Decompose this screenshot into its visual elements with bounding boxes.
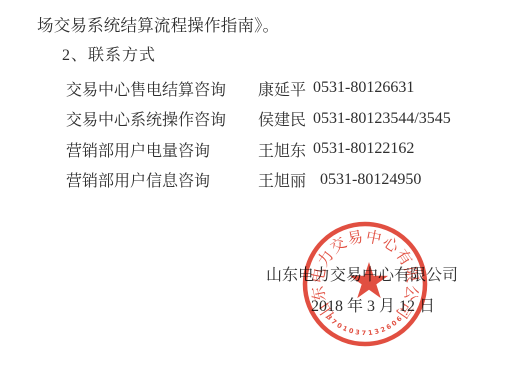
svg-text:3701037132606: 3701037132606 [325,313,405,337]
contact-person-name: 侯建民 [258,107,306,130]
section-heading-contact-info: 2、联系方式 [62,47,156,64]
signature-company-name: 山东电力交易中心有限公司 [266,267,458,284]
intro-paragraph-tail: 场交易系统结算流程操作指南》。 [37,17,279,35]
contact-phone-number: 0531-80124950 [320,171,421,189]
contact-phone-number: 0531-80123544/3545 [313,110,451,128]
contact-phone-number: 0531-80122162 [313,140,414,158]
official-seal-graphic: 山东电力交易中心有限公司 3701037132606 [290,209,440,359]
contact-label: 营销部用户电量咨询 [66,138,258,161]
contact-label: 交易中心系统操作咨询 [66,107,258,130]
contact-person-name: 康延平 [258,77,306,100]
seal-ring [305,224,425,344]
contact-row: 交易中心售电结算咨询 康延平 0531-80126631 [66,73,486,104]
contact-row: 营销部用户信息咨询 王旭丽 0531-80124950 [66,165,486,196]
contact-row: 营销部用户电量咨询 王旭东 0531-80122162 [66,134,486,165]
official-seal: 山东电力交易中心有限公司 3701037132606 [290,209,440,359]
contact-phone-number: 0531-80126631 [313,79,414,97]
seal-registration-code: 3701037132606 [325,313,405,337]
contact-label: 交易中心售电结算咨询 [66,77,258,100]
contact-label: 营销部用户信息咨询 [66,168,258,191]
contact-row: 交易中心系统操作咨询 侯建民 0531-80123544/3545 [66,104,486,135]
contact-person-name: 王旭东 [258,138,306,161]
signature-date: 2018 年 3 月 12 日 [311,298,435,315]
contact-list: 交易中心售电结算咨询 康延平 0531-80126631 交易中心系统操作咨询 … [66,73,486,195]
contact-person-name: 王旭丽 [258,168,306,191]
